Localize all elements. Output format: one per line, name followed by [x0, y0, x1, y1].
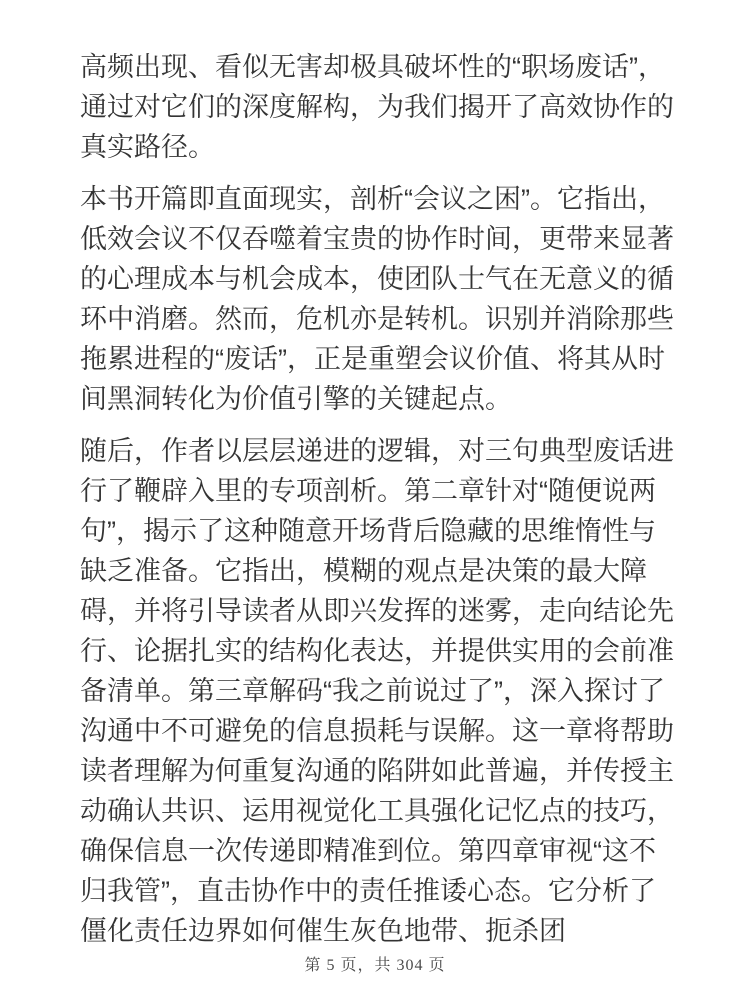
paragraph: 高频出现、看似无害却极具破坏性的“职场废话”，通过对它们的深度解构，为我们揭开了… [80, 47, 678, 167]
paragraph: 随后，作者以层层递进的逻辑，对三句典型废话进行了鞭辟入里的专项剖析。第二章针对“… [80, 431, 678, 951]
page-footer: 第 5 页，共 304 页 [0, 956, 750, 976]
document-body: 高频出现、看似无害却极具破坏性的“职场废话”，通过对它们的深度解构，为我们揭开了… [80, 47, 678, 963]
paragraph: 本书开篇即直面现实，剖析“会议之困”。它指出，低效会议不仅吞噬着宝贵的协作时间，… [80, 179, 678, 419]
page-indicator: 第 5 页，共 304 页 [304, 957, 445, 974]
document-page: 高频出现、看似无害却极具破坏性的“职场废话”，通过对它们的深度解构，为我们揭开了… [0, 0, 750, 1000]
